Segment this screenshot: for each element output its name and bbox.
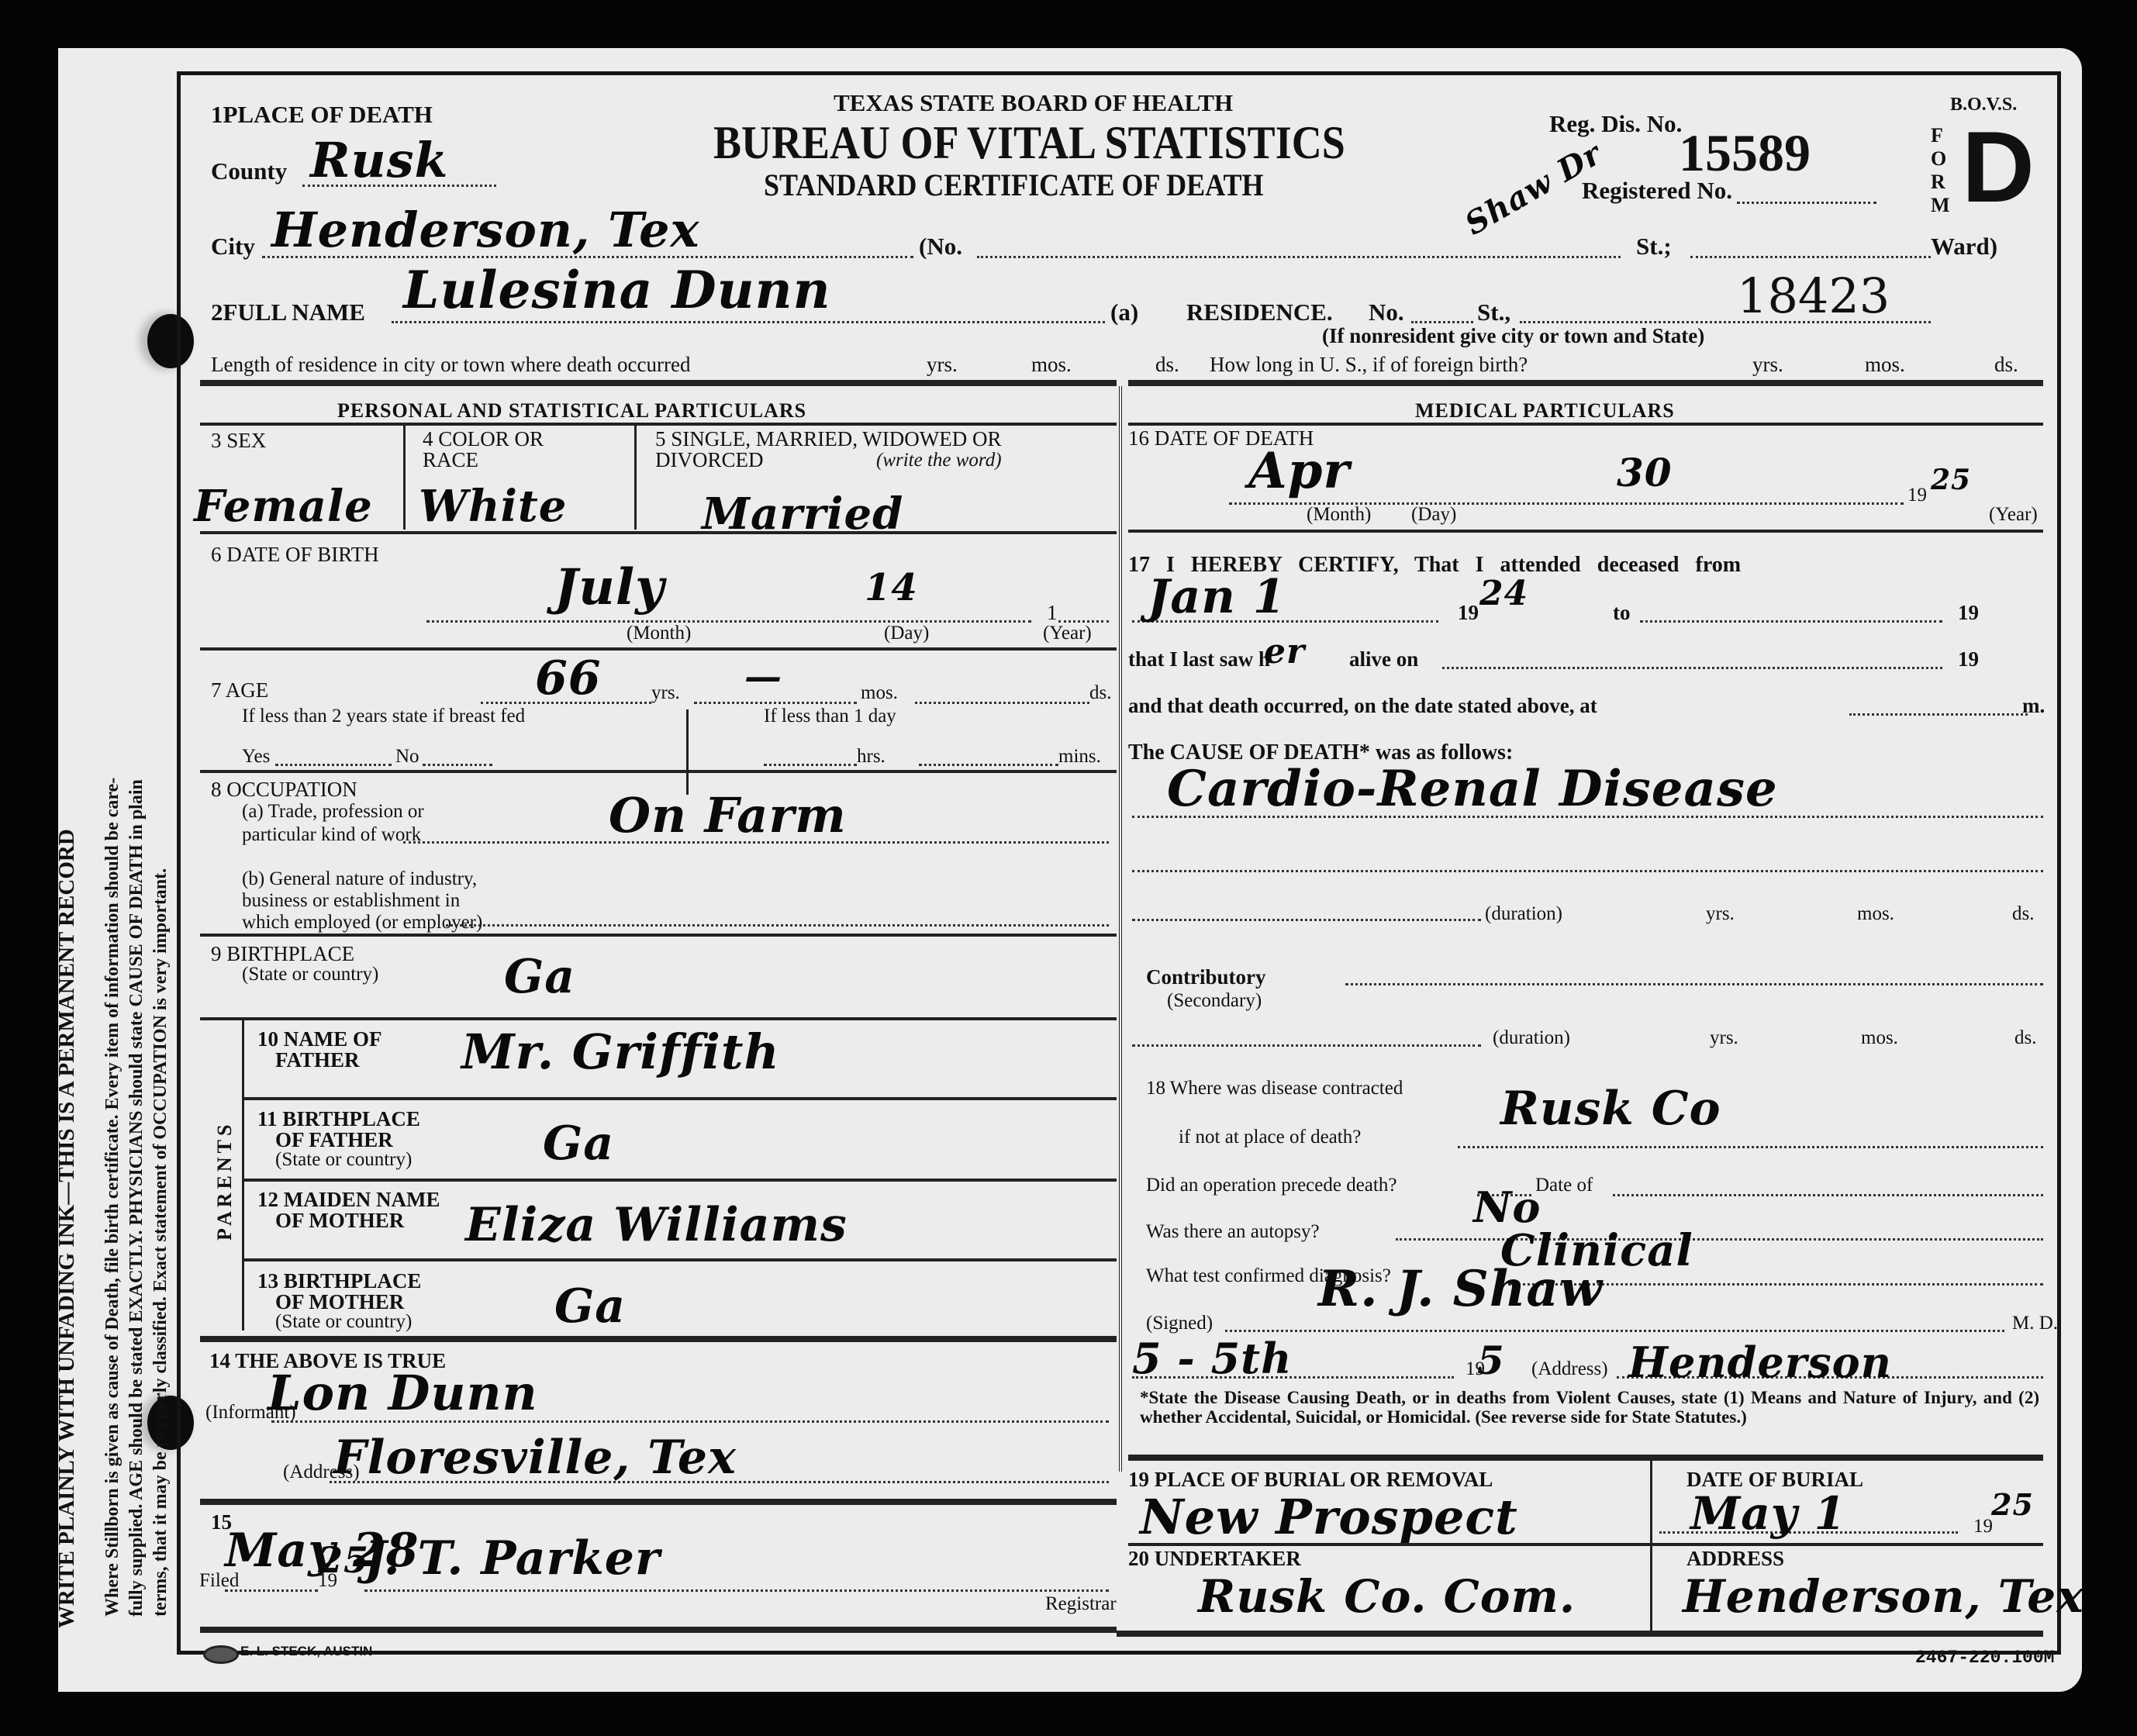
certificate-title: STANDARD CERTIFICATE OF DEATH	[764, 167, 1263, 203]
occupation-a-value[interactable]: On Farm	[609, 787, 847, 844]
birthplace-sub: (State or country)	[242, 964, 378, 985]
hrs-label: hrs.	[857, 746, 886, 768]
foreign-ds: ds.	[1994, 353, 2018, 377]
age-label: 7 AGE	[211, 678, 268, 702]
residence-no-label: No.	[1369, 299, 1404, 326]
father-name-value[interactable]: Mr. Griffith	[461, 1023, 780, 1080]
full-name-a-label: (a)	[1110, 299, 1138, 326]
attended-from-year[interactable]: 24	[1479, 574, 1528, 613]
dob-label: 6 DATE OF BIRTH	[211, 543, 379, 567]
mother-birthplace-value[interactable]: Ga	[554, 1279, 626, 1334]
dod-day[interactable]: 30	[1617, 450, 1673, 495]
dob-year-prefix: 1	[1047, 601, 1058, 625]
dod-year[interactable]: 25	[1931, 464, 1971, 496]
registered-no-label: Registered No.	[1582, 177, 1732, 205]
md-label: M. D.	[2012, 1313, 2058, 1334]
residence-length-ds: ds.	[1155, 353, 1179, 377]
printer-logo-icon	[203, 1645, 239, 1664]
to-year-prefix: 19	[1958, 601, 1979, 625]
signed-year[interactable]: 5	[1477, 1337, 1505, 1383]
undertaker-address-value[interactable]: Henderson, Tex	[1683, 1570, 2084, 1623]
to-label: to	[1613, 601, 1631, 625]
physician-signature[interactable]: R. J. Shaw	[1318, 1260, 1603, 1318]
registrar-label: Registrar	[1045, 1593, 1117, 1615]
date-of-label: Date of	[1535, 1175, 1593, 1196]
dob-day[interactable]: 14	[865, 566, 918, 609]
occ-a-label-2: particular kind of work	[242, 824, 421, 846]
less-1day-label: If less than 1 day	[764, 706, 896, 727]
age-years[interactable]: 66	[535, 651, 602, 706]
dod-year-prefix: 19	[1907, 485, 1927, 506]
contracted-label-1: 18 Where was disease contracted	[1146, 1078, 1403, 1099]
registered-no-field[interactable]	[1737, 202, 1876, 207]
sex-label: 3 SEX	[211, 429, 266, 453]
occurred-text: and that death occurred, on the date sta…	[1128, 694, 1597, 718]
age-months[interactable]: —	[744, 655, 782, 699]
age-ds-label: ds.	[1089, 682, 1111, 704]
margin-note-line1: Where Stillborn is given as cause of Dea…	[102, 778, 123, 1617]
foreign-mos: mos.	[1865, 353, 1905, 377]
signed-label: (Signed)	[1146, 1313, 1213, 1334]
dod-year-caption: (Year)	[1989, 504, 2038, 526]
operation-label: Did an operation precede death?	[1146, 1175, 1396, 1196]
city-value[interactable]: Henderson, Tex	[271, 202, 700, 258]
margin-note-line2: fully supplied. AGE should be stated EXA…	[126, 779, 147, 1617]
full-name-value[interactable]: Lulesina Dunn	[403, 260, 831, 320]
occurred-m-label: m.	[2022, 694, 2045, 718]
autopsy-label: Was there an autopsy?	[1146, 1221, 1320, 1243]
medical-heading: MEDICAL PARTICULARS	[1415, 399, 1675, 423]
duration-ds-1: ds.	[2012, 903, 2034, 925]
father-birthplace-value[interactable]: Ga	[543, 1116, 614, 1171]
alive-year-prefix: 19	[1958, 647, 1979, 671]
physician-address-value[interactable]: Henderson	[1628, 1337, 1892, 1387]
form-letter: D	[1962, 109, 2035, 225]
informant-address-value[interactable]: Floresville, Tex	[333, 1431, 737, 1485]
residence-note: (If nonresident give city or town and St…	[1322, 324, 1704, 348]
county-label: County	[211, 157, 287, 185]
occ-b-label-3: which employed (or employer)	[242, 912, 482, 934]
margin-note-outer: WRITE PLAINLY WITH UNFADING INK—THIS IS …	[54, 829, 80, 1628]
secondary-label: (Secondary)	[1167, 990, 1262, 1012]
city-label: City	[211, 233, 255, 261]
bureau-title: BUREAU OF VITAL STATISTICS	[713, 116, 1345, 170]
color-label: 4 COLOR OR RACE	[423, 429, 585, 471]
duration-mos-1: mos.	[1857, 903, 1894, 925]
undertaker-label: 20 UNDERTAKER	[1128, 1547, 1301, 1571]
dob-month[interactable]: July	[554, 558, 665, 616]
informant-value[interactable]: Lon Dunn	[268, 1365, 538, 1421]
physician-address-label: (Address)	[1531, 1358, 1608, 1380]
contracted-value[interactable]: Rusk Co	[1500, 1082, 1721, 1136]
occ-a-label-1: (a) Trade, profession or	[242, 801, 424, 823]
duration-ds-2: ds.	[2014, 1027, 2036, 1049]
last-saw-value[interactable]: er	[1264, 632, 1305, 671]
foreign-birth-label: How long in U. S., if of foreign birth?	[1210, 353, 1528, 377]
burial-year-value[interactable]: 25	[1991, 1487, 2034, 1522]
full-name-label: 2FULL NAME	[211, 299, 365, 326]
last-saw-label: that I last saw h	[1128, 647, 1270, 671]
color-value[interactable]: White	[419, 481, 567, 532]
city-no-label: (No.	[919, 233, 962, 261]
cause-value[interactable]: Cardio-Renal Disease	[1167, 760, 1778, 818]
dod-day-caption: (Day)	[1411, 504, 1456, 526]
form-code: 2467-220.100M	[1915, 1648, 2054, 1668]
registrar-signature[interactable]: J. T. Parker	[364, 1531, 661, 1586]
dod-month[interactable]: Apr	[1248, 442, 1350, 500]
personal-heading: PERSONAL AND STATISTICAL PARTICULARS	[337, 399, 806, 423]
mins-label: mins.	[1058, 746, 1101, 768]
residence-length-yrs: yrs.	[927, 353, 958, 377]
attended-from-year-prefix: 19	[1458, 601, 1479, 625]
dob-day-caption: (Day)	[884, 623, 929, 644]
stamp-number: 18423	[1737, 267, 1890, 324]
form-word: FORM	[1931, 124, 1951, 217]
marital-note: (write the word)	[876, 450, 1002, 471]
birthplace-value[interactable]: Ga	[504, 950, 575, 1004]
occupation-b-field[interactable]	[446, 924, 1109, 927]
father-bp-label-3: (State or country)	[275, 1149, 412, 1171]
father-name-label-2: FATHER	[275, 1048, 360, 1072]
burial-date-value[interactable]: May 1	[1690, 1487, 1846, 1540]
duration-label-2: (duration)	[1493, 1027, 1570, 1049]
contracted-label-2: if not at place of death?	[1179, 1127, 1361, 1148]
foreign-yrs: yrs.	[1752, 353, 1783, 377]
residence-label: RESIDENCE.	[1186, 299, 1333, 326]
undertaker-address-label: ADDRESS	[1686, 1547, 1784, 1571]
county-value[interactable]: Rusk	[310, 132, 448, 188]
no-label: No	[395, 746, 419, 768]
dod-month-caption: (Month)	[1307, 504, 1371, 526]
ward-label: Ward)	[1931, 233, 1997, 261]
mother-name-value[interactable]: Eliza Williams	[465, 1198, 848, 1252]
burial-year-prefix: 19	[1973, 1516, 1993, 1538]
mother-name-label-2: OF MOTHER	[275, 1209, 404, 1233]
printer-credit: E. L. STECK, AUSTIN	[240, 1644, 372, 1659]
breast-fed-label: If less than 2 years state if breast fed	[242, 706, 525, 727]
reg-dis-number: 15589	[1679, 123, 1811, 184]
signed-date[interactable]: 5 - 5th	[1132, 1334, 1292, 1383]
birthplace-label: 9 BIRTHPLACE	[211, 942, 354, 966]
attended-from[interactable]: Jan 1	[1148, 570, 1286, 624]
dob-year-caption: (Year)	[1043, 623, 1092, 644]
board-title: TEXAS STATE BOARD OF HEALTH	[834, 89, 1233, 117]
age-yrs-label: yrs.	[651, 682, 680, 704]
mother-bp-label-3: (State or country)	[275, 1311, 412, 1333]
occ-b-label-1: (b) General nature of industry,	[242, 868, 477, 890]
alive-on-label: alive on	[1349, 647, 1418, 671]
residence-length-mos: mos.	[1031, 353, 1072, 377]
contributory-label: Contributory	[1146, 965, 1266, 989]
place-of-death-label: 1PLACE OF DEATH	[211, 101, 433, 129]
cause-footnote: *State the Disease Causing Death, or in …	[1140, 1388, 2039, 1427]
parents-side-label: PARENTS	[213, 1121, 236, 1241]
undertaker-value[interactable]: Rusk Co. Com.	[1198, 1570, 1576, 1623]
duration-yrs-2: yrs.	[1710, 1027, 1738, 1049]
duration-label-1: (duration)	[1485, 903, 1562, 925]
contributory-field[interactable]	[1345, 983, 2043, 985]
burial-place-value[interactable]: New Prospect	[1140, 1489, 1518, 1545]
age-mos-label: mos.	[861, 682, 898, 704]
occupation-label: 8 OCCUPATION	[211, 778, 357, 802]
yes-label: Yes	[242, 746, 270, 768]
residence-st-label: St.,	[1477, 299, 1510, 326]
duration-mos-2: mos.	[1861, 1027, 1898, 1049]
filed-year[interactable]: 25	[318, 1539, 369, 1581]
residence-length-label: Length of residence in city or town wher…	[211, 353, 691, 377]
occ-b-label-2: business or establishment in	[242, 890, 460, 912]
reg-dis-label: Reg. Dis. No.	[1549, 110, 1682, 138]
margin-note-line3: terms, that it may be properly classifie…	[150, 868, 171, 1617]
city-st-label: St.;	[1636, 233, 1672, 261]
duration-yrs-1: yrs.	[1706, 903, 1735, 925]
sex-value[interactable]: Female	[194, 481, 373, 532]
dob-month-caption: (Month)	[627, 623, 691, 644]
